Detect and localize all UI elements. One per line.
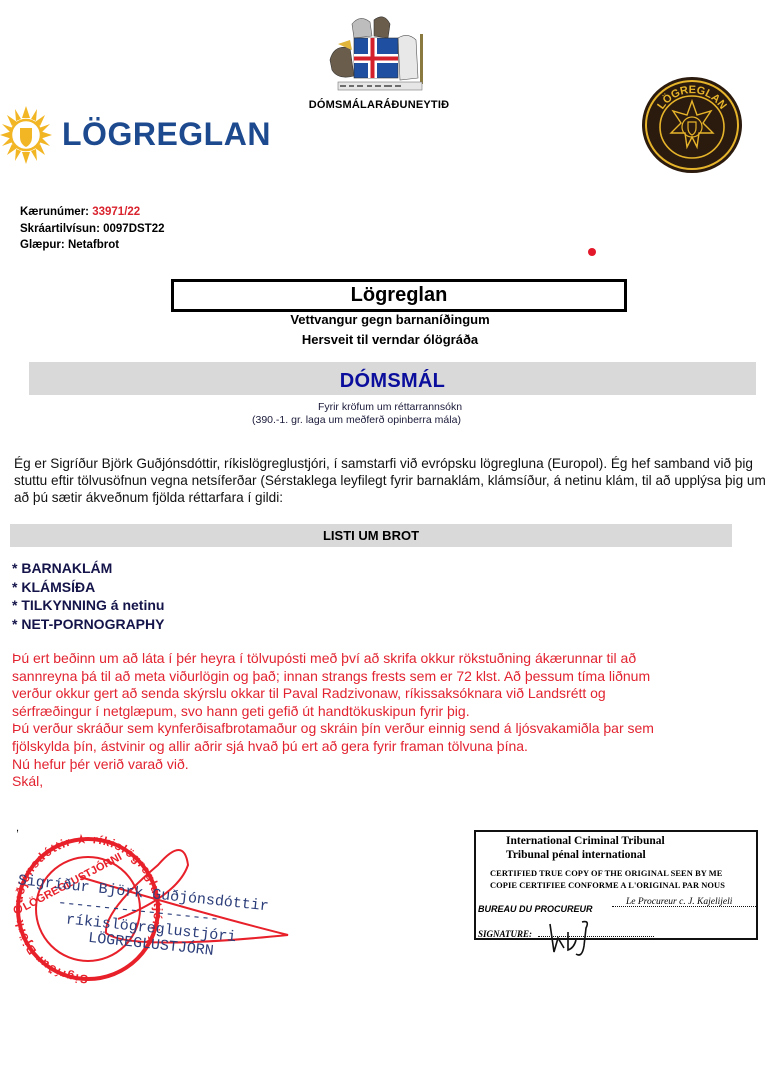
closing-line: Skál, (12, 773, 772, 791)
bureau-dotted-line (612, 906, 756, 907)
crime-row: Glæpur: Netafbrot (20, 237, 164, 254)
violation-item: * KLÁMSÍÐA (12, 578, 164, 597)
ministry-name: DÓMSMÁLARÁÐUNEYTIÐ (290, 99, 468, 111)
file-reference-label: Skráartilvísun: (20, 223, 100, 235)
subtitle-force: Hersveit til verndar ólögráða (0, 332, 780, 347)
case-number-row: Kærunúmer: 33971/22 (20, 204, 164, 221)
request-line-1: Fyrir kröfum um réttarrannsókn (0, 401, 780, 413)
violation-item: * NET-PORNOGRAPHY (12, 615, 164, 634)
certification-stamp: International Criminal Tribunal Tribunal… (474, 830, 758, 940)
warning-line: Þú verður skráður sem kynferðisafbrotama… (12, 720, 772, 738)
subtitle-unit: Vettvangur gegn barnaníðingum (0, 312, 780, 327)
violations-list: * BARNAKLÁM * KLÁMSÍÐA * TILKYNNING á ne… (12, 559, 164, 633)
title-box: Lögreglan (171, 279, 627, 312)
case-info: Kærunúmer: 33971/22 Skráartilvísun: 0097… (20, 204, 164, 254)
certified-copy-en: CERTIFIED TRUE COPY OF THE ORIGINAL SEEN… (490, 869, 722, 878)
warning-line: Þú ert beðinn um að láta í þér heyra í t… (12, 650, 772, 668)
crime-label: Glæpur: (20, 239, 65, 251)
police-logo: LÖGREGLAN (0, 104, 270, 168)
case-number: 33971/22 (92, 206, 140, 218)
coat-of-arms-icon (324, 14, 434, 96)
police-badge-icon: LÖGREGLAN (641, 75, 743, 175)
court-case-banner: DÓMSMÁL (29, 362, 756, 395)
red-dot-mark (588, 248, 596, 256)
police-logo-text: LÖGREGLAN (62, 116, 271, 153)
court-case-heading: DÓMSMÁL (340, 370, 445, 392)
tribunal-name-fr: Tribunal pénal international (506, 849, 646, 861)
intro-paragraph: Ég er Sigríður Björk Guðjónsdóttir, ríki… (14, 455, 774, 506)
request-line-2: (390.-1. gr. laga um meðferð opinberra m… (252, 414, 461, 426)
official-stamp: Sigríður Björk Guðjónsdóttir ★ ríkislögr… (8, 825, 328, 990)
warning-line: verður okkur gert að senda skýrslu okkar… (12, 685, 772, 703)
warning-line: fjölskylda þín, ástvinir og allir aðrir … (12, 738, 772, 756)
bureau-label: BUREAU DU PROCUREUR (478, 904, 593, 914)
case-number-label: Kærunúmer: (20, 206, 89, 218)
file-reference-row: Skráartilvísun: 0097DST22 (20, 221, 164, 238)
violations-heading: LISTI UM BROT (10, 524, 732, 547)
warning-line: Nú hefur þér verið varað við. (12, 756, 772, 774)
file-reference: 0097DST22 (103, 223, 164, 235)
signature-label: SIGNATURE: (478, 929, 532, 939)
sun-emblem-icon (0, 106, 52, 164)
crime-value: Netafbrot (68, 239, 119, 251)
warning-line: sannreyna þá til að meta viðurlögin og þ… (12, 668, 772, 686)
violation-item: * TILKYNNING á netinu (12, 596, 164, 615)
certified-copy-fr: COPIE CERTIFIEE CONFORME A L'ORIGINAL PA… (490, 881, 725, 890)
warning-line: sérfræðingur í netglæpum, svo hann geti … (12, 703, 772, 721)
handwritten-signature-icon (546, 918, 606, 960)
tribunal-name-en: International Criminal Tribunal (506, 835, 665, 847)
warning-paragraph: Þú ert beðinn um að láta í þér heyra í t… (12, 650, 772, 791)
violation-item: * BARNAKLÁM (12, 559, 164, 578)
